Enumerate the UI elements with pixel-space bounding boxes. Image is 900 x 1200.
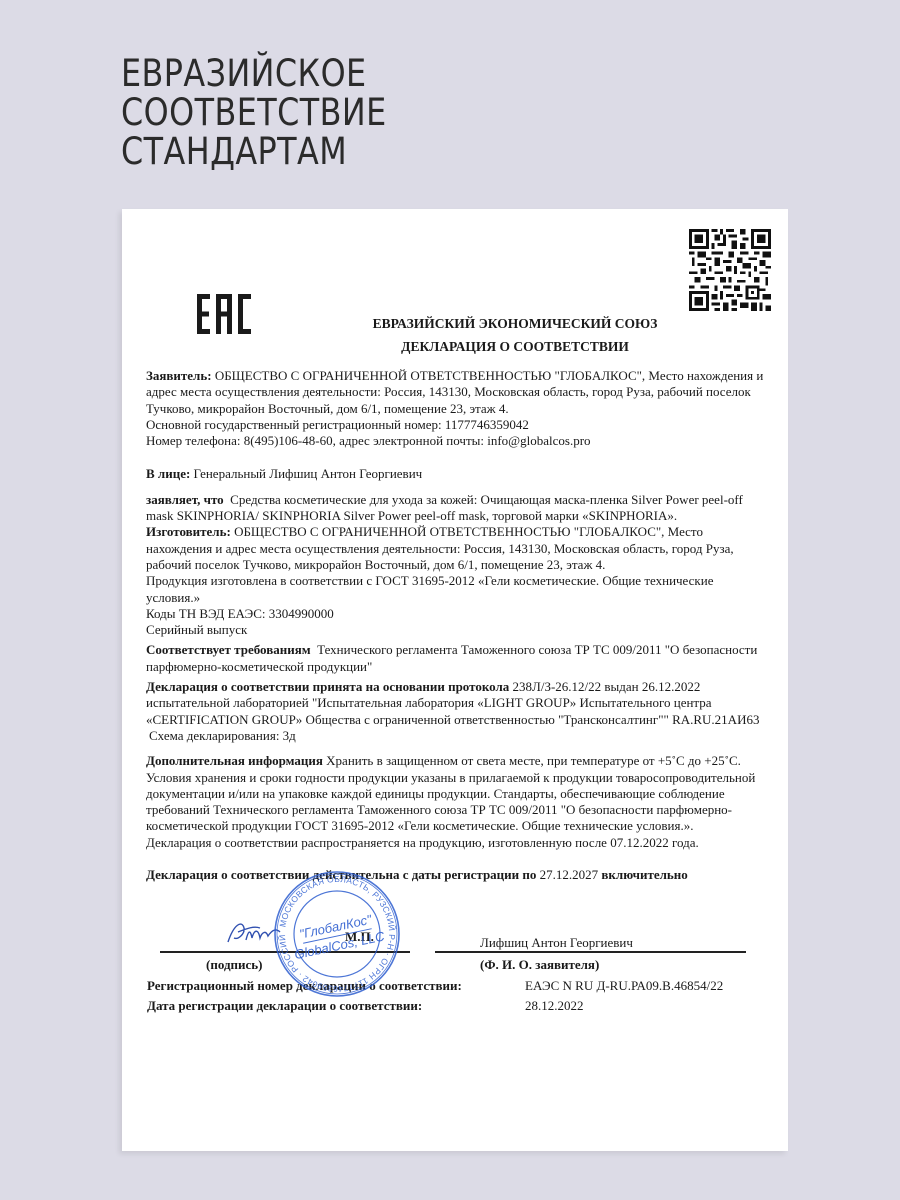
page-headline: ЕВРАЗИЙСКОЕ СООТВЕТСТВИЕ СТАНДАРТАМ: [121, 54, 387, 171]
validity-date: 27.12.2027: [540, 867, 599, 882]
complies-section: Соответствует требованиям Технического р…: [146, 642, 766, 675]
applicant-section: Заявитель: ОБЩЕСТВО С ОГРАНИЧЕННОЙ ОТВЕТ…: [146, 368, 766, 417]
represented-by-text: Генеральный Лифшиц Антон Георгиевич: [194, 466, 423, 481]
registration-date-value: 28.12.2022: [525, 998, 584, 1014]
basis-section: Декларация о соответствии принята на осн…: [146, 679, 766, 728]
declaration-body: Заявитель: ОБЩЕСТВО С ОГРАНИЧЕННОЙ ОТВЕТ…: [146, 368, 766, 883]
additional-info-label: Дополнительная информация: [146, 753, 323, 768]
validity-section: Декларация о соответствии действительна …: [146, 867, 766, 883]
headline-line-3: СТАНДАРТАМ: [121, 132, 387, 171]
represented-by-label: В лице:: [146, 466, 190, 481]
signature-caption: (подпись): [206, 957, 262, 973]
headline-line-1: ЕВРАЗИЙСКОЕ: [121, 54, 387, 93]
registration-date-label: Дата регистрации декларации о соответств…: [147, 998, 422, 1013]
union-title: ЕВРАЗИЙСКИЙ ЭКОНОМИЧЕСКИЙ СОЮЗ: [182, 316, 848, 332]
applicant-text: ОБЩЕСТВО С ОГРАНИЧЕННОЙ ОТВЕТСТВЕННОСТЬЮ…: [146, 368, 763, 416]
applies-to-production: Декларация о соответствии распространяет…: [146, 835, 766, 851]
applicant-name: Лифшиц Антон Георгиевич: [480, 935, 633, 951]
declaration-document: ЕВРАЗИЙСКИЙ ЭКОНОМИЧЕСКИЙ СОЮЗ ДЕКЛАРАЦИ…: [122, 209, 788, 1151]
manufacturer-label: Изготовитель:: [146, 524, 231, 539]
declaration-scheme: Схема декларирования: 3д: [146, 728, 766, 744]
manufacturer-text: ОБЩЕСТВО С ОГРАНИЧЕННОЙ ОТВЕТСТВЕННОСТЬЮ…: [146, 524, 734, 572]
declares-text: Средства косметические для ухода за коже…: [146, 492, 743, 523]
complies-label: Соответствует требованиям: [146, 642, 311, 657]
headline-line-2: СООТВЕТСТВИЕ: [121, 93, 387, 132]
validity-suffix: включительно: [601, 867, 687, 882]
document-title: ДЕКЛАРАЦИЯ О СООТВЕТСТВИИ: [182, 339, 848, 355]
represented-by-section: В лице: Генеральный Лифшиц Антон Георгие…: [146, 466, 766, 482]
qr-code-icon: [689, 229, 771, 311]
applicant-label: Заявитель:: [146, 368, 212, 383]
applicant-name-caption: (Ф. И. О. заявителя): [480, 957, 599, 973]
release-type: Серийный выпуск: [146, 622, 766, 638]
declares-label: заявляет, что: [146, 492, 224, 507]
registration-number-value: ЕАЭС N RU Д-RU.РА09.В.46854/22: [525, 978, 723, 994]
name-line: [435, 951, 746, 953]
declares-section: заявляет, что Средства косметические для…: [146, 492, 766, 525]
additional-info-section: Дополнительная информация Хранить в защи…: [146, 753, 766, 834]
tn-ved-codes: Коды ТН ВЭД ЕАЭС: 3304990000: [146, 606, 766, 622]
applicant-ogrn: Основной государственный регистрационный…: [146, 417, 766, 433]
applicant-contacts: Номер телефона: 8(495)106-48-60, адрес э…: [146, 433, 766, 449]
produced-per-standard: Продукция изготовлена в соответствии с Г…: [146, 573, 766, 606]
manufacturer-section: Изготовитель: ОБЩЕСТВО С ОГРАНИЧЕННОЙ ОТ…: [146, 524, 766, 573]
basis-label: Декларация о соответствии принята на осн…: [146, 679, 509, 694]
company-stamp-icon: МОСКОВСКАЯ ОБЛАСТЬ, РУЗСКИЙ Р-Н · ОГРН 1…: [272, 869, 402, 999]
